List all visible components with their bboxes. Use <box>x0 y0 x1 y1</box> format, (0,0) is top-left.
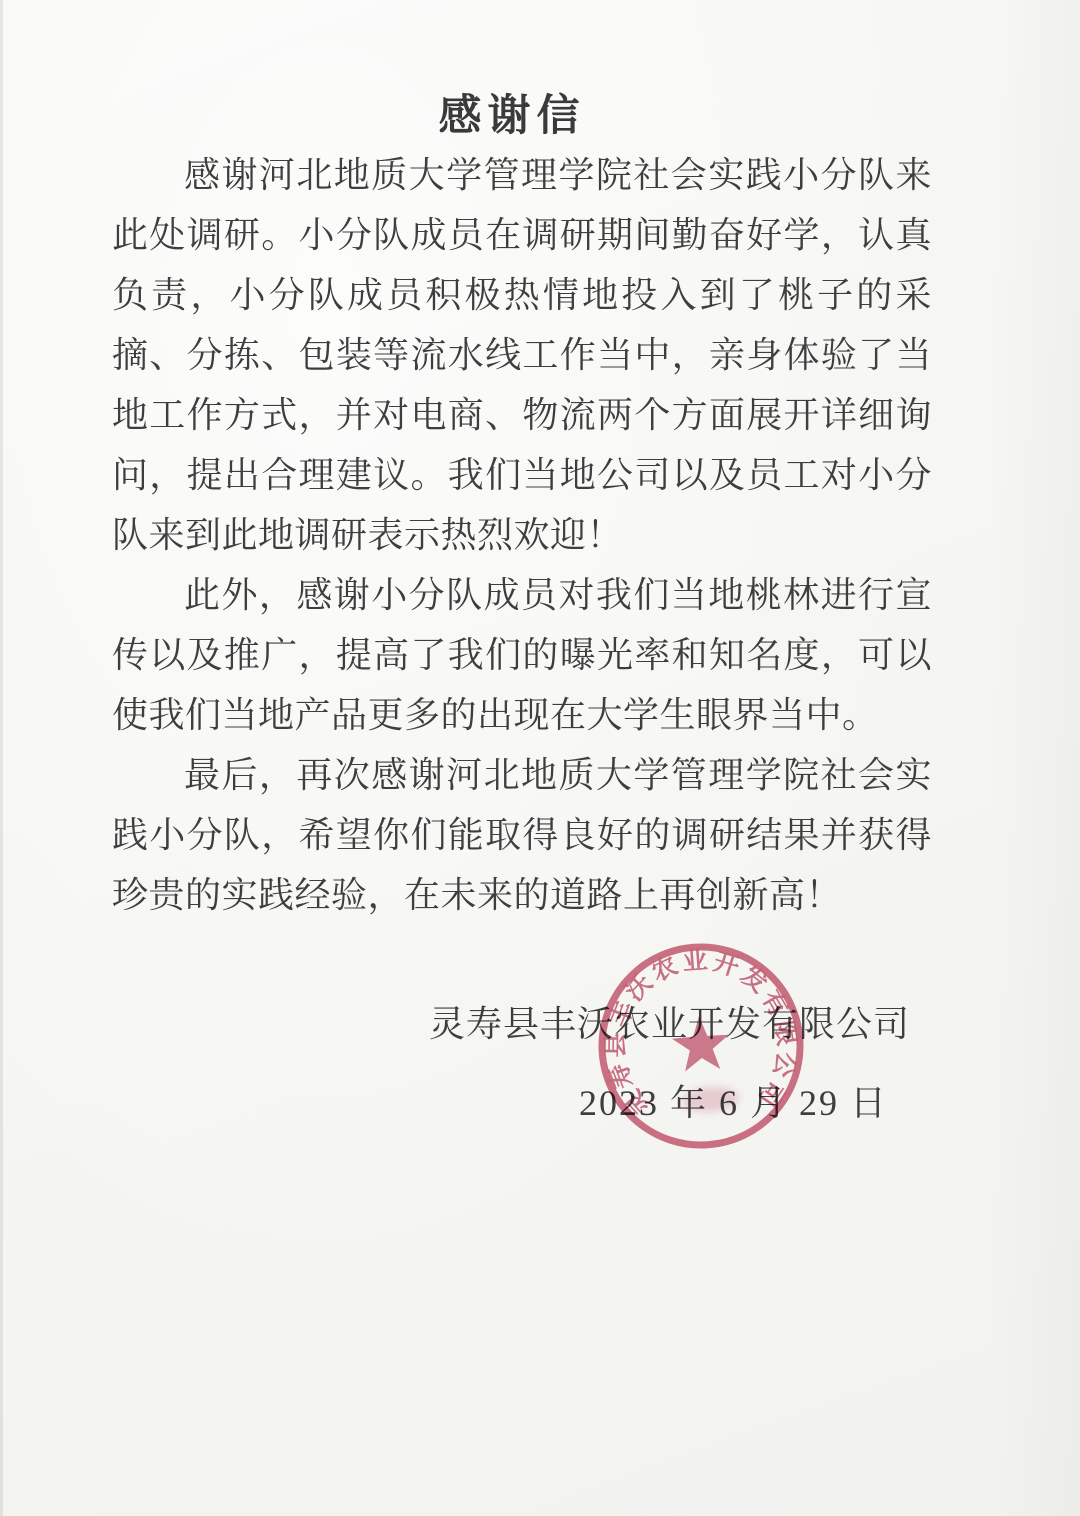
scanned-letter-page: 感谢信 感谢河北地质大学管理学院社会实践小分队来此处调研。小分队成员在调研期间勤… <box>0 0 1080 1516</box>
seal-arc-char: 限 <box>769 1019 800 1048</box>
seal-arc-char: 司 <box>753 1075 790 1111</box>
seal-smudge <box>682 1086 740 1114</box>
signature-date: 2023 年 6 月 29 日 <box>0 1075 1080 1126</box>
seal-arc-char: 县 <box>602 1032 630 1057</box>
seal-arc-char: 沃 <box>620 969 658 1006</box>
seal-arc-char: 灵 <box>619 1084 657 1121</box>
seal-star-icon <box>670 1014 731 1072</box>
paragraph-3: 最后，再次感谢河北地质大学管理学院社会实践小分队，希望你们能取得良好的调研结果并… <box>112 745 932 925</box>
paragraph-2: 此外，感谢小分队成员对我们当地桃林进行宣传以及推广，提高了我们的曝光率和知名度，… <box>112 565 932 745</box>
seal-arc-char: 公 <box>768 1049 801 1080</box>
page-title: 感谢信 <box>0 82 1024 143</box>
paragraph-1: 感谢河北地质大学管理学院社会实践小分队来此处调研。小分队成员在调研期间勤奋好学，… <box>112 145 932 565</box>
seal-arc-char: 开 <box>710 948 742 982</box>
signature-company-name: 灵寿县丰沃农业开发有限公司 <box>0 996 1080 1047</box>
signature-block: 灵寿县丰沃农业开发有限公司 2023 年 6 月 29 日 <box>0 996 1080 1126</box>
seal-arc-char: 业 <box>682 946 709 976</box>
company-seal-stamp: 灵 寿 县 丰 沃 农 业 开 发 有 限 公 司 <box>584 929 819 1164</box>
letter-body: 感谢河北地质大学管理学院社会实践小分队来此处调研。小分队成员在调研期间勤奋好学，… <box>112 145 932 925</box>
